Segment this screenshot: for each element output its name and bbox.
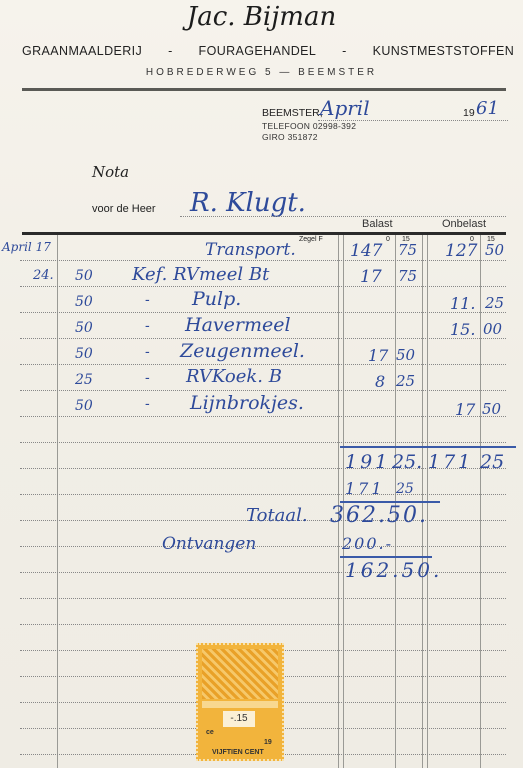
row-date: April 17 [2,240,51,254]
row-balast-cents: 75 [398,267,417,285]
separator: - [342,44,347,58]
row-dash: - [145,344,150,360]
subtotal-onbelast-cents: 25 [480,451,504,473]
row-line [20,338,506,339]
row-dash: - [145,292,150,308]
recipient-name: R. Klugt. [190,188,306,218]
subtotal-onbelast-main: 171 [428,451,473,473]
date-month: April [320,96,370,120]
row-line [20,364,506,365]
row-line [20,494,506,495]
row-description: Havermeel [185,314,291,336]
total-label: Totaal. [246,505,308,526]
row-line [20,390,506,391]
separator: - [168,44,173,58]
company-name: Jac. Bijman [0,2,523,32]
received-value: 200.- [342,534,393,553]
row-balast-main: 147 [350,241,382,261]
stamp-year: 19 [264,739,272,746]
trade-graanmaalderij: GRAANMAALDERIJ [22,44,142,58]
subtotal-balast-cents: 25. [392,451,422,473]
giro-number: GIRO 351872 [262,132,318,142]
row-line [20,598,506,599]
date-year-prefix: 19 [463,107,475,119]
balance-value: 162.50. [345,558,442,582]
row-onbelast-cents: 25 [485,294,504,312]
row-onbelast-main: 127 [445,241,477,261]
row-description: Pulp. [192,288,241,310]
row-dash: - [145,318,150,334]
row-balast-cents: 25 [396,372,415,390]
row-line [20,546,506,547]
nota-heading: Nota [92,163,129,181]
row-qty: 50 [75,346,93,362]
recipient-dotline [180,216,506,217]
subtotal-rule [340,446,516,448]
balast-sub-0: 0 [386,236,390,243]
row-line [20,260,506,261]
received-label: Ontvangen [162,534,256,554]
row-description: Transport. [205,240,296,260]
carry-cents: 25 [396,481,414,497]
zegel-label: Zegel F [299,236,323,243]
company-address: HOBREDERWEG 5 — BEEMSTER [0,67,523,78]
trade-kunstmeststoffen: KUNSTMESTSTOFFEN [373,44,515,58]
stamp-band [202,701,278,708]
row-balast-main: 17 [360,267,382,287]
onbelast-cents-divider [480,235,481,768]
row-onbelast-cents: 50 [485,241,504,259]
row-line [20,624,506,625]
invoice-paper: Jac. Bijman GRAANMAALDERIJ - FOURAGEHAND… [0,0,523,768]
row-qty: 50 [75,398,93,414]
recipient-label: voor de Heer [92,203,156,215]
header-rule [22,88,506,91]
carry-main: 171 [345,479,385,498]
row-onbelast-main: 11. [450,294,475,313]
row-date: 24. [33,268,54,283]
column-onbelast: Onbelast [442,218,486,230]
row-onbelast-cents: 50 [482,400,501,418]
row-onbelast-main: 15. [450,320,475,339]
revenue-stamp: -.15 ce 19 VIJFTIEN CENT [196,643,284,761]
row-line [20,286,506,287]
row-balast-cents: 75 [398,241,417,259]
telephone: TELEFOON 02998-392 [262,121,356,131]
row-line [20,312,506,313]
stamp-prefix: ce [206,729,214,736]
trade-fouragehandel: FOURAGEHANDEL [199,44,317,58]
table-top-rule [22,232,506,235]
row-description: Kef. RVmeel Bt [132,264,269,285]
total-value: 362.50. [330,503,428,528]
row-description: Lijnbrokjes. [190,392,304,414]
column-balast: Balast [362,218,393,230]
row-line [20,442,506,443]
row-balast-main: 8 [375,372,385,391]
row-line [20,416,506,417]
date-column-divider [57,235,58,768]
row-onbelast-cents: 00 [483,320,502,338]
row-description: Zeugenmeel. [180,340,305,362]
row-qty: 50 [75,268,93,284]
row-dash: - [145,396,150,412]
subtotal-balast-main: 191 [345,451,390,473]
row-qty: 50 [75,294,93,310]
row-balast-cents: 50 [396,346,415,364]
date-year-suffix: 61 [476,98,499,119]
company-trades: GRAANMAALDERIJ - FOURAGEHANDEL - KUNSTME… [22,44,514,58]
stamp-crest-icon [202,649,278,699]
row-dash: - [145,370,150,386]
stamp-value: -.15 [223,711,255,727]
row-qty: 25 [75,372,93,388]
date-place: BEEMSTER, [262,107,323,119]
row-description: RVKoek. B [186,366,282,387]
row-qty: 50 [75,320,93,336]
row-onbelast-main: 17 [455,400,475,419]
row-balast-main: 17 [368,346,388,365]
stamp-caption: VIJFTIEN CENT [212,749,264,756]
